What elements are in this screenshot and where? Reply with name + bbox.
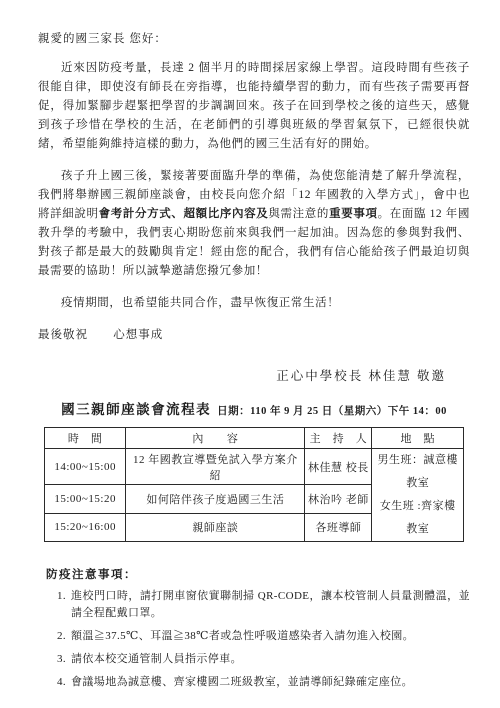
paragraph-1: 近來因防疫考量，長達 2 個半月的時間採居家線上學習。這段時間有些孩子很能自律，… bbox=[38, 59, 470, 154]
closing-salutation: 最後敬祝 bbox=[38, 329, 88, 341]
notice-4-text: 會議場地為誠意樓、齊家樓國二班級教室，並請導師紀錄確定座位。 bbox=[71, 674, 470, 691]
row1-host: 林佳慧 校長 bbox=[305, 449, 372, 485]
notices-heading: 防疫注意事項： bbox=[46, 566, 470, 582]
notice-2-text: 額溫≧37.5℃、耳溫≧38℃者或急性呼吸道感染者入請勿進入校園。 bbox=[71, 628, 470, 645]
schedule-table: 時 間 內 容 主 持 人 地 點 14:00~15:00 12 年國教宣導暨免… bbox=[44, 427, 464, 542]
schedule-title-line: 國三親師座談會流程表日期：110 年 9 月 25 日（星期六）下午 14：00 bbox=[38, 398, 470, 419]
list-item: 2. 額溫≧37.5℃、耳溫≧38℃者或急性呼吸道感染者入請勿進入校園。 bbox=[46, 628, 470, 645]
paragraph-2-bold-important: 重要事項 bbox=[329, 208, 378, 220]
notice-3-text: 請依本校交通管制人員指示停車。 bbox=[71, 651, 470, 668]
closing-wish: 心想事成 bbox=[113, 329, 163, 341]
notice-2-num: 2. bbox=[57, 628, 71, 645]
row3-content: 親師座談 bbox=[126, 513, 305, 541]
schedule-header-row: 時 間 內 容 主 持 人 地 點 bbox=[45, 428, 464, 449]
paragraph-2-text-mid: 與需注意的 bbox=[268, 208, 329, 220]
schedule-title: 國三親師座談會流程表 bbox=[61, 402, 211, 417]
header-location: 地 點 bbox=[372, 428, 464, 449]
notice-1-num: 1. bbox=[57, 588, 71, 622]
notice-4-num: 4. bbox=[57, 674, 71, 691]
row3-host: 各班導師 bbox=[305, 513, 372, 541]
list-item: 1. 進校門口時，請打開車窗依實聯制掃 QR-CODE，讓本校管制人員量測體溫，… bbox=[46, 588, 470, 622]
location-girls: 女生班 :齊家樓教室 bbox=[374, 495, 461, 541]
row3-time: 15:20~16:00 bbox=[45, 513, 126, 541]
paragraph-2: 孩子升上國三後，緊接著要面臨升學的準備，為使您能清楚了解升學流程，我們將舉辦國三… bbox=[38, 167, 470, 281]
location-cell: 男生班：誠意樓教室 女生班 :齊家樓教室 bbox=[372, 449, 464, 542]
row2-host: 林治吟 老師 bbox=[305, 485, 372, 513]
list-item: 4. 會議場地為誠意樓、齊家樓國二班級教室，並請導師紀錄確定座位。 bbox=[46, 674, 470, 691]
schedule-date: 日期：110 年 9 月 25 日（星期六）下午 14：00 bbox=[217, 406, 447, 417]
header-time: 時 間 bbox=[45, 428, 126, 449]
row1-time: 14:00~15:00 bbox=[45, 449, 126, 485]
notice-3-num: 3. bbox=[57, 651, 71, 668]
letter-page: 親愛的國三家長 您好： 近來因防疫考量，長達 2 個半月的時間採居家線上學習。這… bbox=[0, 0, 500, 708]
row2-content: 如何陪伴孩子度過國三生活 bbox=[126, 485, 305, 513]
letter-greeting: 親愛的國三家長 您好： bbox=[38, 30, 470, 46]
notice-1-text: 進校門口時，請打開車窗依實聯制掃 QR-CODE，讓本校管制人員量測體溫，並請全… bbox=[71, 588, 470, 622]
closing-line: 最後敬祝心想事成 bbox=[38, 326, 470, 342]
signature-line: 正心中學校長 林佳慧 敬邀 bbox=[38, 366, 470, 384]
location-boys: 男生班：誠意樓教室 bbox=[374, 449, 461, 495]
table-row: 14:00~15:00 12 年國教宣導暨免試入學方案介紹 林佳慧 校長 男生班… bbox=[45, 449, 464, 485]
row1-content: 12 年國教宣導暨免試入學方案介紹 bbox=[126, 449, 305, 485]
list-item: 3. 請依本校交通管制人員指示停車。 bbox=[46, 651, 470, 668]
paragraph-2-bold-exam: 會考計分方式、超額比序內容及 bbox=[99, 208, 269, 220]
header-content: 內 容 bbox=[126, 428, 305, 449]
paragraph-3: 疫情期間，也希望能共同合作，盡早恢復正常生活！ bbox=[38, 294, 470, 313]
covid-notices-section: 防疫注意事項： 1. 進校門口時，請打開車窗依實聯制掃 QR-CODE，讓本校管… bbox=[38, 566, 470, 691]
header-host: 主 持 人 bbox=[305, 428, 372, 449]
row2-time: 15:00~15:20 bbox=[45, 485, 126, 513]
